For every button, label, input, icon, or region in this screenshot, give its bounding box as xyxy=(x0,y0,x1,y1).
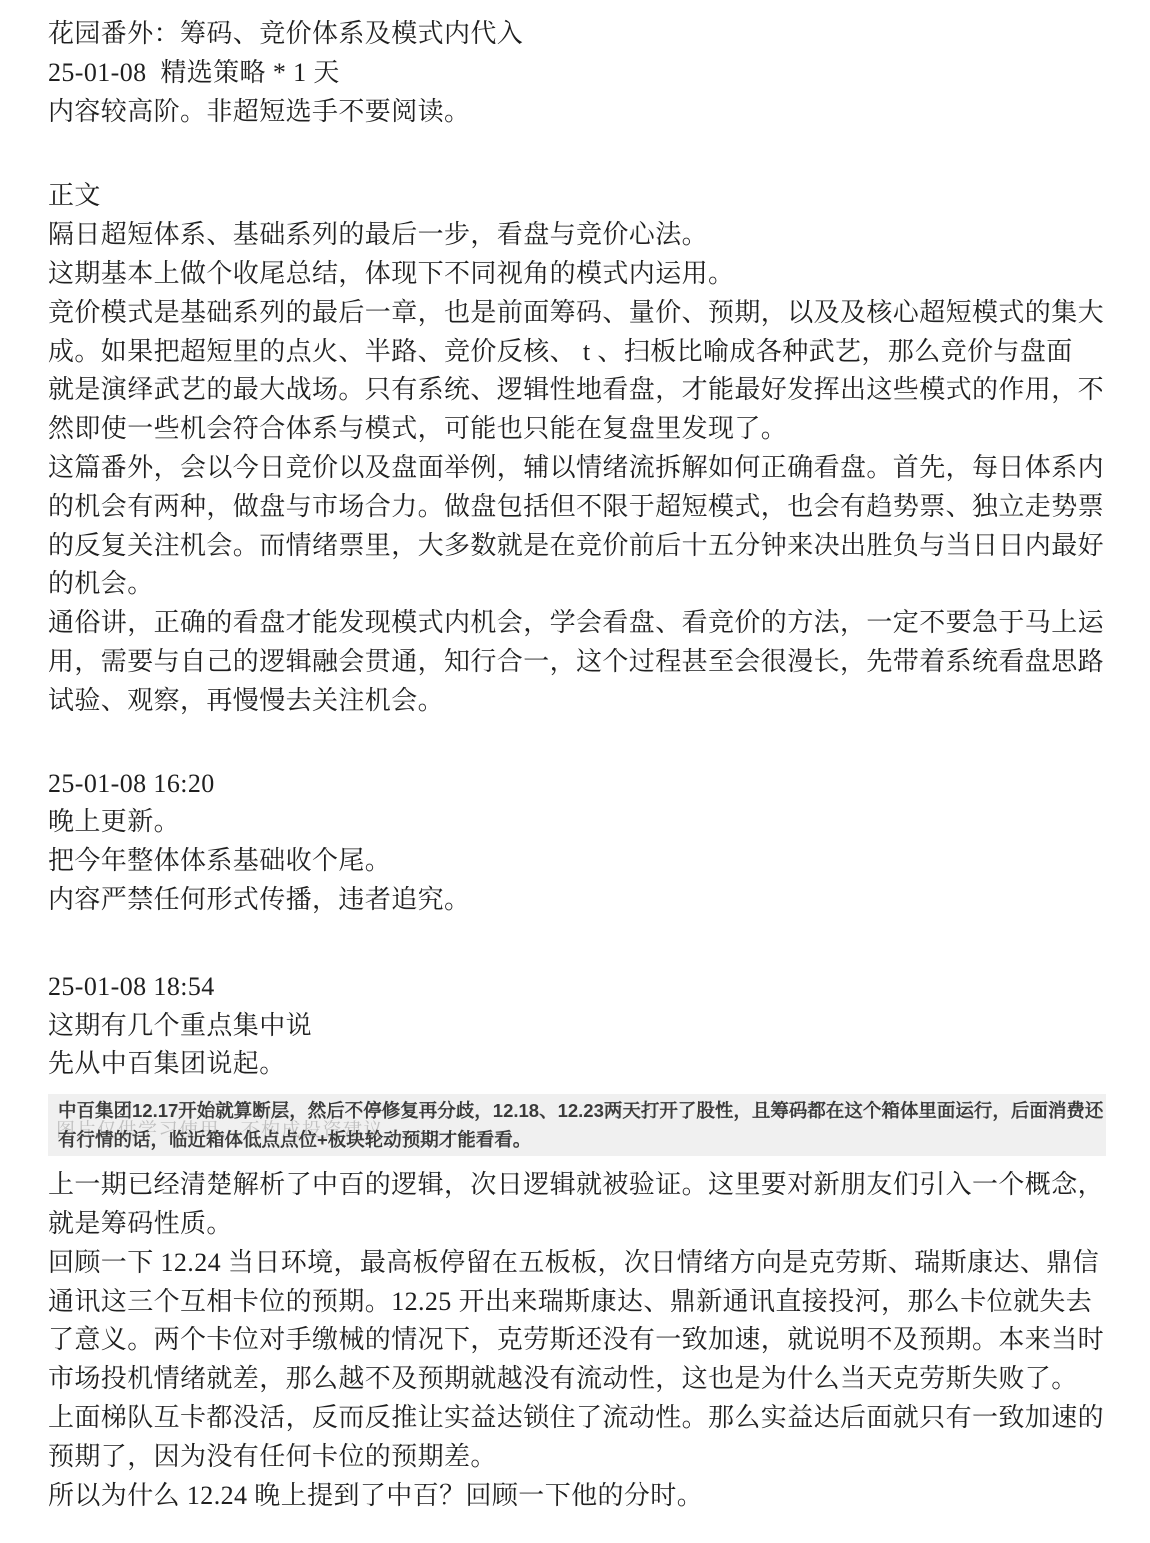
text-line: 试验、观察，再慢慢去关注机会。 xyxy=(48,682,1106,721)
text-line: 把今年整体体系基础收个尾。 xyxy=(48,842,1106,881)
text-line: 就是演绎武艺的最大战场。只有系统、逻辑性地看盘，才能最好发挥出这些模式的作用，不 xyxy=(48,371,1106,410)
text-line: 隔日超短体系、基础系列的最后一步，看盘与竞价心法。 xyxy=(48,216,1106,255)
text-line: 通俗讲，正确的看盘才能发现模式内机会，学会看盘、看竞价的方法，一定不要急于马上运 xyxy=(48,604,1106,643)
text-line: 市场投机情绪就差，那么越不及预期就越没有流动性，这也是为什么当天克劳斯失败了。 xyxy=(48,1360,1106,1399)
text-line: 的反复关注机会。而情绪票里，大多数就是在竞价前后十五分钟来决出胜负与当日日内最好 xyxy=(48,527,1106,566)
header-block: 花园番外：筹码、竞价体系及模式内代入 25-01-08 精选策略 * 1 天 内… xyxy=(48,15,1106,131)
text-line: 回顾一下 12.24 当日环境，最高板停留在五板板，次日情绪方向是克劳斯、瑞斯康… xyxy=(48,1244,1106,1283)
text-line: 然即使一些机会符合体系与模式，可能也只能在复盘里发现了。 xyxy=(48,410,1106,449)
text-line: 这期有几个重点集中说 xyxy=(48,1007,1106,1046)
update-1620-paragraphs: 晚上更新。把今年整体体系基础收个尾。内容严禁任何形式传播，违者追究。 xyxy=(48,803,1106,919)
post-meta: 25-01-08 精选策略 * 1 天 xyxy=(48,54,1106,93)
text-line: 晚上更新。 xyxy=(48,803,1106,842)
timestamp: 25-01-08 16:20 xyxy=(48,765,1106,804)
reader-note: 内容较高阶。非超短选手不要阅读。 xyxy=(48,93,1106,132)
body-label: 正文 xyxy=(48,177,1106,216)
text-line: 用，需要与自己的逻辑融会贯通，知行合一，这个过程甚至会很漫长，先带着系统看盘思路 xyxy=(48,643,1106,682)
intro-section: 正文 隔日超短体系、基础系列的最后一步，看盘与竞价心法。这期基本上做个收尾总结，… xyxy=(48,177,1106,720)
text-line: 成。如果把超短里的点火、半路、竞价反核、 t 、扫板比喻成各种武艺，那么竞价与盘… xyxy=(48,333,1106,372)
text-line: 有行情的话，临近箱体低点点位+板块轮动预期才能看看。 xyxy=(58,1125,1100,1154)
update-1854-paragraphs: 这期有几个重点集中说先从中百集团说起。 xyxy=(48,1007,1106,1085)
text-line: 这期基本上做个收尾总结，体现下不同视角的模式内运用。 xyxy=(48,255,1106,294)
text-line: 这篇番外，会以今日竞价以及盘面举例，辅以情绪流拆解如何正确看盘。首先，每日体系内 xyxy=(48,449,1106,488)
text-line: 中百集团12.17开始就算断层，然后不停修复再分歧，12.18、12.23两天打… xyxy=(58,1096,1100,1125)
update-section-1854: 25-01-08 18:54 这期有几个重点集中说先从中百集团说起。 xyxy=(48,968,1106,1084)
analysis-paragraphs: 上一期已经清楚解析了中百的逻辑，次日逻辑就被验证。这里要对新朋友们引入一个概念，… xyxy=(48,1166,1106,1515)
caption-lines: 中百集团12.17开始就算断层，然后不停修复再分歧，12.18、12.23两天打… xyxy=(58,1096,1100,1154)
text-line: 通讯这三个互相卡位的预期。12.25 开出来瑞斯康达、鼎新通讯直接投河，那么卡位… xyxy=(48,1283,1106,1322)
text-line: 上面梯队互卡都没活，反而反推让实益达锁住了流动性。那么实益达后面就只有一致加速的 xyxy=(48,1399,1106,1438)
text-line: 的机会。 xyxy=(48,565,1106,604)
text-line: 内容严禁任何形式传播，违者追究。 xyxy=(48,881,1106,920)
text-line: 的机会有两种，做盘与市场合力。做盘包括但不限于超短模式，也会有趋势票、独立走势票 xyxy=(48,488,1106,527)
chart-caption-band: 图片仅供学习使用，不构成投资建议 中百集团12.17开始就算断层，然后不停修复再… xyxy=(48,1094,1106,1156)
timestamp: 25-01-08 18:54 xyxy=(48,968,1106,1007)
text-line: 所以为什么 12.24 晚上提到了中百？回顾一下他的分时。 xyxy=(48,1477,1106,1516)
text-line: 了意义。两个卡位对手缴械的情况下，克劳斯还没有一致加速，就说明不及预期。本来当时 xyxy=(48,1321,1106,1360)
intro-paragraphs: 隔日超短体系、基础系列的最后一步，看盘与竞价心法。这期基本上做个收尾总结，体现下… xyxy=(48,216,1106,720)
text-line: 上一期已经清楚解析了中百的逻辑，次日逻辑就被验证。这里要对新朋友们引入一个概念， xyxy=(48,1166,1106,1205)
text-line: 就是筹码性质。 xyxy=(48,1205,1106,1244)
text-line: 预期了，因为没有任何卡位的预期差。 xyxy=(48,1438,1106,1477)
text-line: 竞价模式是基础系列的最后一章，也是前面筹码、量价、预期，以及及核心超短模式的集大 xyxy=(48,294,1106,333)
update-section-1620: 25-01-08 16:20 晚上更新。把今年整体体系基础收个尾。内容严禁任何形… xyxy=(48,765,1106,920)
article-page: 花园番外：筹码、竞价体系及模式内代入 25-01-08 精选策略 * 1 天 内… xyxy=(0,0,1150,1515)
article-title: 花园番外：筹码、竞价体系及模式内代入 xyxy=(48,15,1106,54)
text-line: 先从中百集团说起。 xyxy=(48,1045,1106,1084)
analysis-section: 上一期已经清楚解析了中百的逻辑，次日逻辑就被验证。这里要对新朋友们引入一个概念，… xyxy=(48,1166,1106,1515)
